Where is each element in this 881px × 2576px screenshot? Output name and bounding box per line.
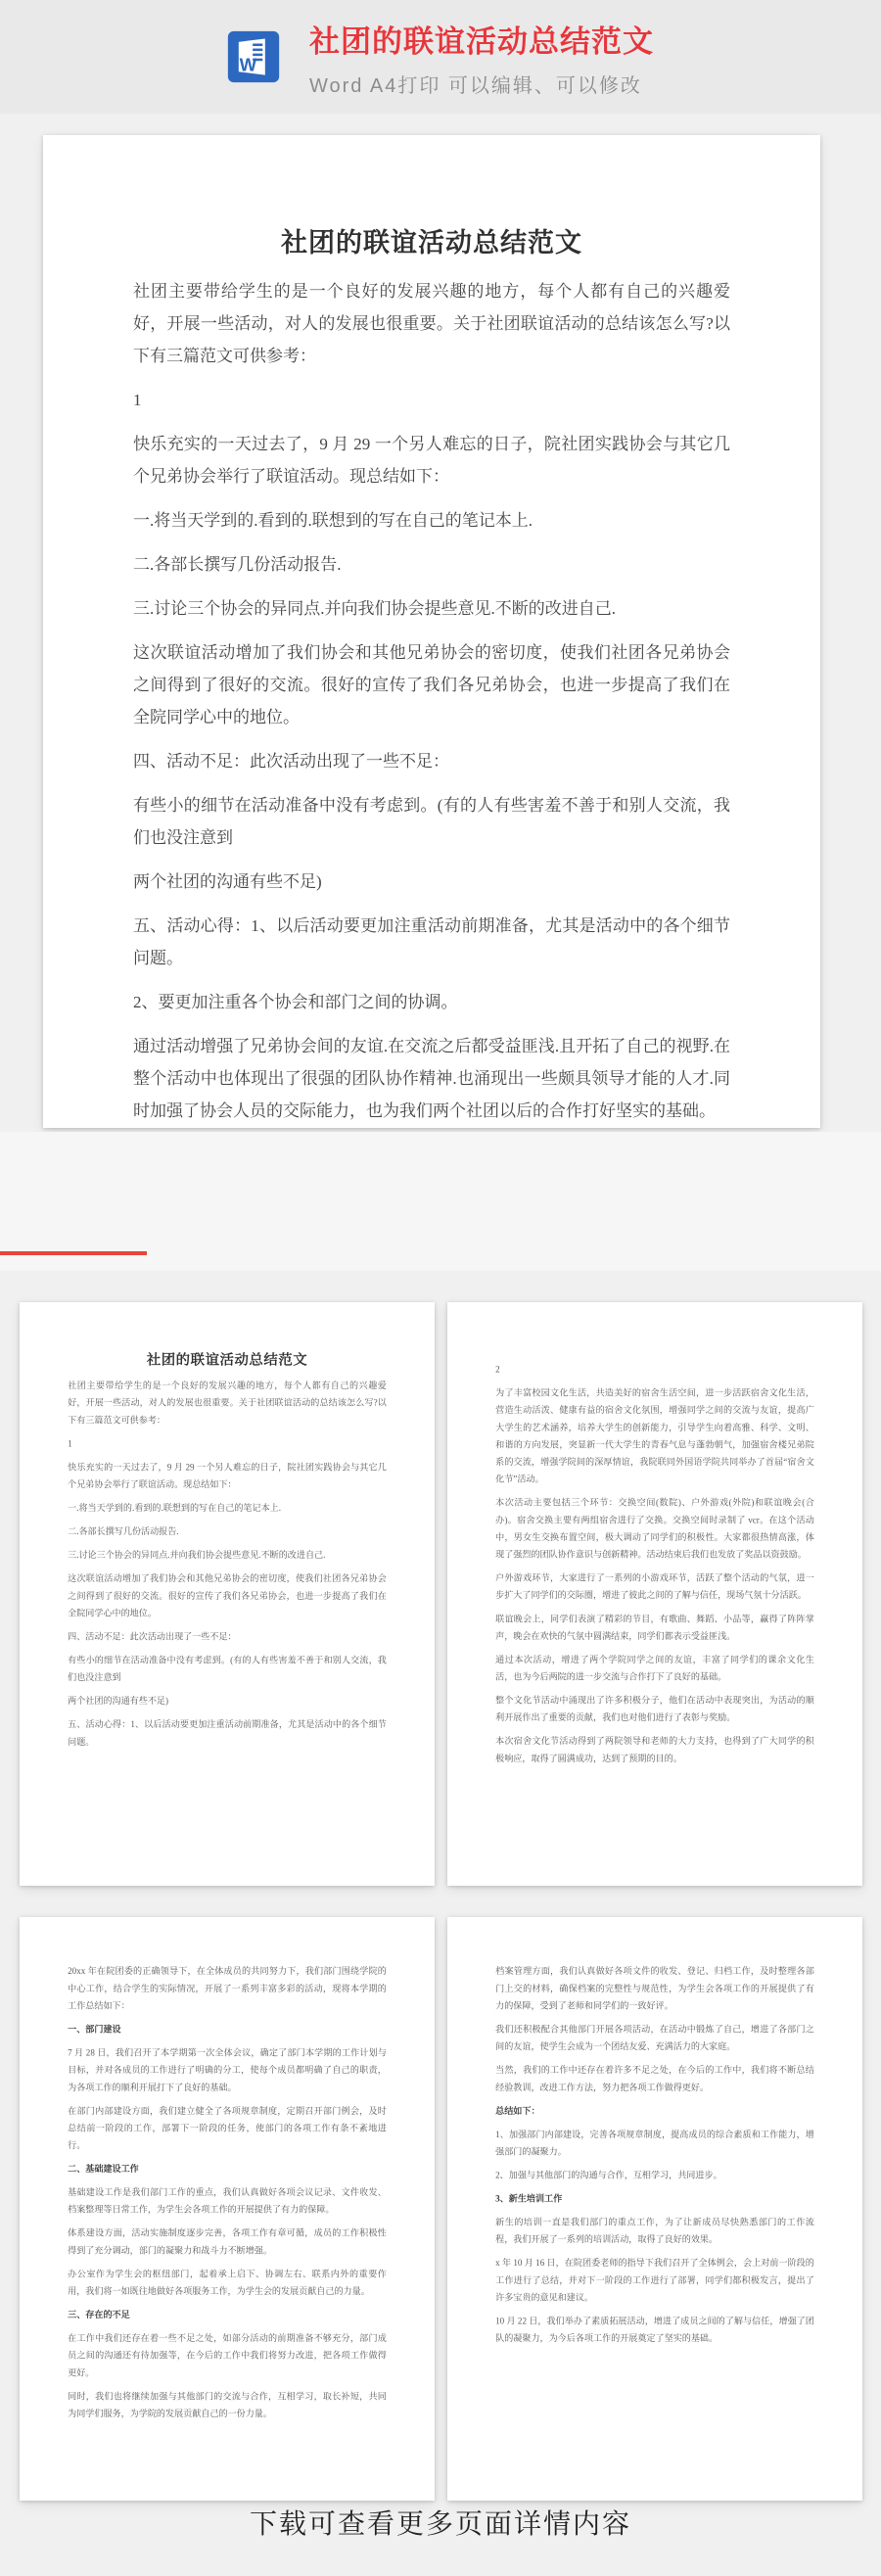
document-paragraph: 两个社团的沟通有些不足) — [68, 1692, 387, 1710]
document-paragraph: 五、活动心得：1、以后活动要更加注重活动前期准备，尤其是活动中的各个细节问题。 — [133, 910, 730, 974]
header: W 社团的联谊活动总结范文 Word A4打印 可以编辑、可以修改 — [0, 0, 881, 114]
document-paragraph: 通过本次活动，增进了两个学院同学之间的友谊，丰富了同学们的课余文化生活，也为今后… — [495, 1651, 814, 1685]
document-paragraph: 户外游戏环节，大家进行了一系列的小游戏环节，活跃了整个活动的气氛，进一步扩大了同… — [495, 1569, 814, 1604]
svg-text:W: W — [240, 54, 257, 74]
document-body: 社团的联谊活动总结范文 社团主要带给学生的是一个良好的发展兴趣的地方，每个人都有… — [43, 135, 820, 1127]
document-paragraph: 三.讨论三个协会的异同点.并向我们协会提些意见.不断的改进自己. — [133, 592, 730, 625]
document-paragraph: 基础建设工作是我们部门工作的重点，我们认真做好各项会议记录、文件收发、档案整理等… — [68, 2183, 387, 2218]
document-paragraph: 整个文化节活动中涌现出了许多积极分子，他们在活动中表现突出，为活动的顺利开展作出… — [495, 1692, 814, 1726]
document-paragraph: 10 月 22 日，我们举办了素质拓展活动，增进了成员之间的了解与信任，增强了团… — [495, 2313, 814, 2347]
document-paragraph: 新生的培训一直是我们部门的重点工作，为了让新成员尽快熟悉部门的工作流程，我们开展… — [495, 2214, 814, 2248]
document-title: 社团的联谊活动总结范文 — [68, 1348, 387, 1369]
document-heading: 一、部门建设 — [68, 2021, 387, 2038]
thumbnail-page-3[interactable]: 20xx 年在院团委的正确领导下，在全体成员的共同努力下，我们部门围绕学院的中心… — [20, 1917, 435, 2501]
document-paragraph: 二.各部长撰写几份活动报告. — [68, 1522, 387, 1540]
document-paragraph: 社团主要带给学生的是一个良好的发展兴趣的地方，每个人都有自己的兴趣爱好，开展一些… — [68, 1377, 387, 1429]
thumbnail-page-1[interactable]: 社团的联谊活动总结范文 社团主要带给学生的是一个良好的发展兴趣的地方，每个人都有… — [20, 1302, 435, 1886]
document-paragraph: 通过活动增强了兄弟协会间的友谊.在交流之后都受益匪浅.且开拓了自己的视野.在整个… — [133, 1030, 730, 1127]
document-paragraph: 二.各部长撰写几份活动报告. — [133, 548, 730, 581]
thumbnail-page-2-content: 2 为了丰富校园文化生活，共造美好的宿舍生活空间，进一步活跃宿舍文化生活，营造生… — [447, 1302, 862, 1767]
document-preview-page-1: 社团的联谊活动总结范文 社团主要带给学生的是一个良好的发展兴趣的地方，每个人都有… — [43, 135, 820, 1128]
thumbnail-page-3-content: 20xx 年在院团委的正确领导下，在全体成员的共同努力下，我们部门围绕学院的中心… — [20, 1917, 435, 2422]
document-paragraph: 2、加强与其他部门的沟通与合作，互相学习，共同进步。 — [495, 2167, 814, 2184]
document-paragraph: 本次宿舍文化节活动得到了两院领导和老师的大力支持，也得到了广大同学的积极响应，取… — [495, 1732, 814, 1766]
page-title: 社团的联谊活动总结范文 — [309, 17, 654, 61]
document-paragraph: 三.讨论三个协会的异同点.并向我们协会提些意见.不断的改进自己. — [68, 1546, 387, 1564]
document-paragraph: 一.将当天学到的.看到的.联想到的写在自己的笔记本上. — [133, 504, 730, 537]
footer: 下载可查看更多页面详情内容 — [0, 2503, 881, 2542]
thumbnail-grid: 社团的联谊活动总结范文 社团主要带给学生的是一个良好的发展兴趣的地方，每个人都有… — [20, 1302, 862, 2501]
document-paragraph: 20xx 年在院团委的正确领导下，在全体成员的共同努力下，我们部门围绕学院的中心… — [68, 1962, 387, 2014]
document-paragraph: 2、要更加注重各个协会和部门之间的协调。 — [133, 986, 730, 1018]
document-paragraph: 五、活动心得：1、以后活动要更加注重活动前期准备，尤其是活动中的各个细节问题。 — [68, 1715, 387, 1750]
document-paragraph: 当然，我们的工作中还存在着许多不足之处，在今后的工作中，我们将不断总结经验教训，… — [495, 2061, 814, 2095]
document-paragraph: 这次联谊活动增加了我们协会和其他兄弟协会的密切度，使我们社团各兄弟协会之间得到了… — [68, 1569, 387, 1621]
document-paragraph: 有些小的细节在活动准备中没有考虑到。(有的人有些害羞不善于和别人交流，我们也没注… — [133, 789, 730, 854]
document-paragraph: 办公室作为学生会的枢纽部门，起着承上启下、协调左右、联系内外的重要作用，我们将一… — [68, 2266, 387, 2300]
document-paragraph: 我们还积极配合其他部门开展各项活动，在活动中锻炼了自己，增进了各部门之间的友谊，… — [495, 2021, 814, 2055]
document-paragraph: 同时，我们也将继续加强与其他部门的交流与合作，互相学习，取长补短，共同为同学们服… — [68, 2388, 387, 2422]
thumbnail-page-4[interactable]: 档案管理方面，我们认真做好各项文件的收发、登记、归档工作，及时整理各部门上交的材… — [447, 1917, 862, 2501]
document-paragraph: 在工作中我们还存在着一些不足之处，如部分活动的前期准备不够充分，部门成员之间的沟… — [68, 2329, 387, 2381]
red-accent-bar — [0, 1251, 147, 1255]
document-paragraph: 本次活动主要包括三个环节：交换空间(数院)、户外游戏(外院)和联谊晚会(合办)。… — [495, 1494, 814, 1563]
document-title: 社团的联谊活动总结范文 — [133, 221, 730, 259]
document-paragraph: 7 月 28 日，我们召开了本学期第一次全体会议，确定了部门本学期的工作计划与目… — [68, 2044, 387, 2096]
document-paragraph: 1、加强部门内部建设，完善各项规章制度，提高成员的综合素质和工作能力，增强部门的… — [495, 2126, 814, 2160]
document-paragraph: 联谊晚会上，同学们表演了精彩的节目，有歌曲、舞蹈、小品等，赢得了阵阵掌声，晚会在… — [495, 1611, 814, 1645]
document-heading: 三、存在的不足 — [68, 2306, 387, 2323]
thumbnail-page-4-content: 档案管理方面，我们认真做好各项文件的收发、登记、归档工作，及时整理各部门上交的材… — [447, 1917, 862, 2347]
document-paragraph: 四、活动不足：此次活动出现了一些不足： — [133, 745, 730, 777]
document-paragraph: 1 — [68, 1435, 387, 1453]
document-paragraph: 这次联谊活动增加了我们协会和其他兄弟协会的密切度，使我们社团各兄弟协会之间得到了… — [133, 636, 730, 733]
document-paragraph: 体系建设方面，活动实施制度逐步完善，各项工作有章可循，成员的工作积极性得到了充分… — [68, 2225, 387, 2259]
document-paragraph: 一.将当天学到的.看到的.联想到的写在自己的笔记本上. — [68, 1499, 387, 1517]
word-icon: W — [227, 30, 280, 83]
document-paragraph: 有些小的细节在活动准备中没有考虑到。(有的人有些害羞不善于和别人交流，我们也没注… — [68, 1652, 387, 1686]
document-heading: 3、新生培训工作 — [495, 2190, 814, 2208]
document-paragraph: 档案管理方面，我们认真做好各项文件的收发、登记、归档工作，及时整理各部门上交的材… — [495, 1962, 814, 2014]
document-paragraph: 四、活动不足：此次活动出现了一些不足： — [68, 1628, 387, 1646]
section-divider-band — [0, 1132, 881, 1271]
document-paragraph: 2 — [495, 1361, 814, 1379]
header-text: 社团的联谊活动总结范文 Word A4打印 可以编辑、可以修改 — [309, 17, 654, 98]
document-heading: 总结如下： — [495, 2102, 814, 2120]
document-paragraph: 社团主要带给学生的是一个良好的发展兴趣的地方，每个人都有自己的兴趣爱好，开展一些… — [133, 275, 730, 372]
document-paragraph: 两个社团的沟通有些不足) — [133, 866, 730, 898]
document-heading: 二、基础建设工作 — [68, 2160, 387, 2178]
document-paragraph: x 年 10 月 16 日，在院团委老师的指导下我们召开了全体例会，会上对前一阶… — [495, 2254, 814, 2306]
footer-hint-text: 下载可查看更多页面详情内容 — [250, 2503, 631, 2542]
document-paragraph: 快乐充实的一天过去了，9 月 29 一个另人难忘的日子，院社团实践协会与其它几个… — [133, 428, 730, 492]
document-paragraph: 在部门内部建设方面，我们建立健全了各项规章制度，定期召开部门例会，及时总结前一阶… — [68, 2102, 387, 2154]
document-paragraph: 1 — [133, 384, 730, 416]
thumbnail-page-1-content: 社团的联谊活动总结范文 社团主要带给学生的是一个良好的发展兴趣的地方，每个人都有… — [20, 1302, 435, 1751]
document-paragraph: 快乐充实的一天过去了，9 月 29 一个另人难忘的日子，院社团实践协会与其它几个… — [68, 1459, 387, 1493]
thumbnail-page-2[interactable]: 2 为了丰富校园文化生活，共造美好的宿舍生活空间，进一步活跃宿舍文化生活，营造生… — [447, 1302, 862, 1886]
document-paragraph: 为了丰富校园文化生活，共造美好的宿舍生活空间，进一步活跃宿舍文化生活，营造生动活… — [495, 1384, 814, 1488]
page-subtitle: Word A4打印 可以编辑、可以修改 — [309, 70, 654, 98]
